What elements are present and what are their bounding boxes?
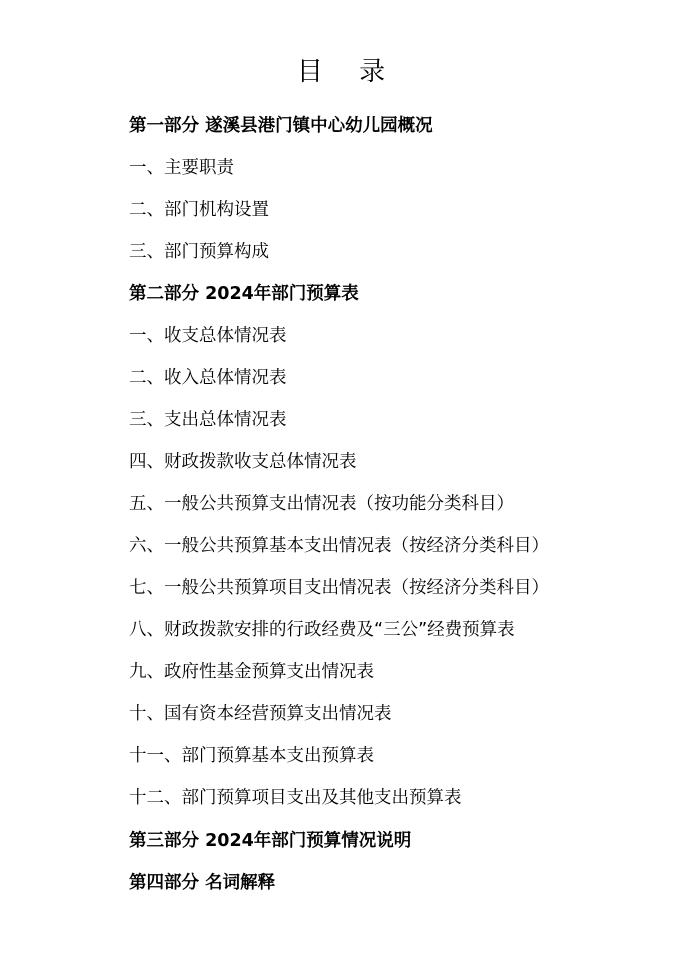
toc-item-admin-three-public-expenses[interactable]: 八、财政拨款安排的行政经费及“三公”经费预算表 <box>129 618 515 642</box>
toc-item-state-capital-budget[interactable]: 十、国有资本经营预算支出情况表 <box>129 702 392 726</box>
toc-item-budget-composition[interactable]: 三、部门预算构成 <box>129 240 269 264</box>
toc-item-general-budget-functional[interactable]: 五、一般公共预算支出情况表（按功能分类科目） <box>129 492 514 516</box>
page-title: 目 录 <box>0 54 682 90</box>
toc-item-basic-expense-budget[interactable]: 十一、部门预算基本支出预算表 <box>129 744 374 768</box>
toc-item-income-expense-overview[interactable]: 一、收支总体情况表 <box>129 324 287 348</box>
toc-part-3[interactable]: 第三部分 2024年部门预算情况说明 <box>129 829 411 853</box>
toc-part-4[interactable]: 第四部分 名词解释 <box>129 871 275 895</box>
toc-part-2[interactable]: 第二部分 2024年部门预算表 <box>129 282 359 306</box>
document-page: 目 录 第一部分 遂溪县港门镇中心幼儿园概况 一、主要职责 二、部门机构设置 三… <box>0 0 682 966</box>
toc-item-main-duties[interactable]: 一、主要职责 <box>129 156 234 180</box>
toc-item-project-other-expense-budget[interactable]: 十二、部门预算项目支出及其他支出预算表 <box>129 786 462 810</box>
toc-item-government-fund-budget[interactable]: 九、政府性基金预算支出情况表 <box>129 660 374 684</box>
toc-item-general-budget-basic-economic[interactable]: 六、一般公共预算基本支出情况表（按经济分类科目） <box>129 534 549 558</box>
toc-item-fiscal-allocation-overview[interactable]: 四、财政拨款收支总体情况表 <box>129 450 357 474</box>
toc-part-1[interactable]: 第一部分 遂溪县港门镇中心幼儿园概况 <box>129 114 433 138</box>
toc-item-income-overview[interactable]: 二、收入总体情况表 <box>129 366 287 390</box>
toc-item-expense-overview[interactable]: 三、支出总体情况表 <box>129 408 287 432</box>
toc-item-general-budget-project-economic[interactable]: 七、一般公共预算项目支出情况表（按经济分类科目） <box>129 576 549 600</box>
toc-item-org-structure[interactable]: 二、部门机构设置 <box>129 198 269 222</box>
